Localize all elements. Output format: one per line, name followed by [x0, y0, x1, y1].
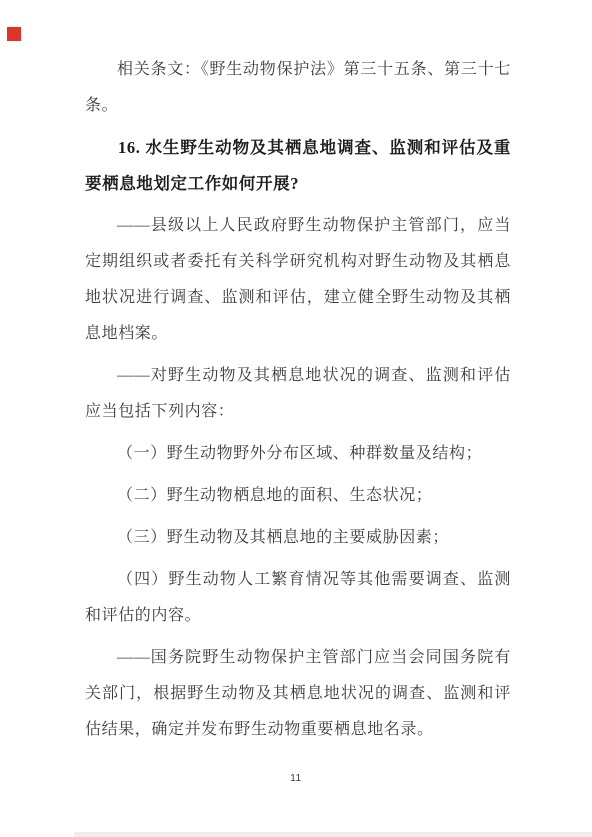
paragraph-survey-content-intro: ——对野生动物及其栖息地状况的调查、监测和评估应当包括下列内容：: [85, 358, 511, 430]
document-page: 相关条文：《野生动物保护法》第三十五条、第三十七条。 16. 水生野生动物及其栖…: [0, 0, 592, 837]
paragraph-survey-duty: ——县级以上人民政府野生动物保护主管部门，应当定期组织或者委托有关科学研究机构对…: [85, 208, 511, 352]
paragraph-related-articles: 相关条文：《野生动物保护法》第三十五条、第三十七条。: [85, 52, 511, 124]
list-item-3: （三）野生动物及其栖息地的主要威胁因素；: [85, 520, 511, 556]
red-marker: [7, 27, 21, 41]
page-number: 11: [0, 773, 592, 784]
document-content: 相关条文：《野生动物保护法》第三十五条、第三十七条。 16. 水生野生动物及其栖…: [85, 52, 511, 754]
footer-strip: [74, 832, 592, 837]
question-heading: 16. 水生野生动物及其栖息地调查、监测和评估及重要栖息地划定工作如何开展?: [85, 130, 511, 202]
list-item-4: （四）野生动物人工繁育情况等其他需要调查、监测和评估的内容。: [85, 562, 511, 634]
list-item-2: （二）野生动物栖息地的面积、生态状况；: [85, 478, 511, 514]
list-item-1: （一）野生动物野外分布区域、种群数量及结构；: [85, 436, 511, 472]
paragraph-habitat-directory: ——国务院野生动物保护主管部门应当会同国务院有关部门，根据野生动物及其栖息地状况…: [85, 640, 511, 748]
